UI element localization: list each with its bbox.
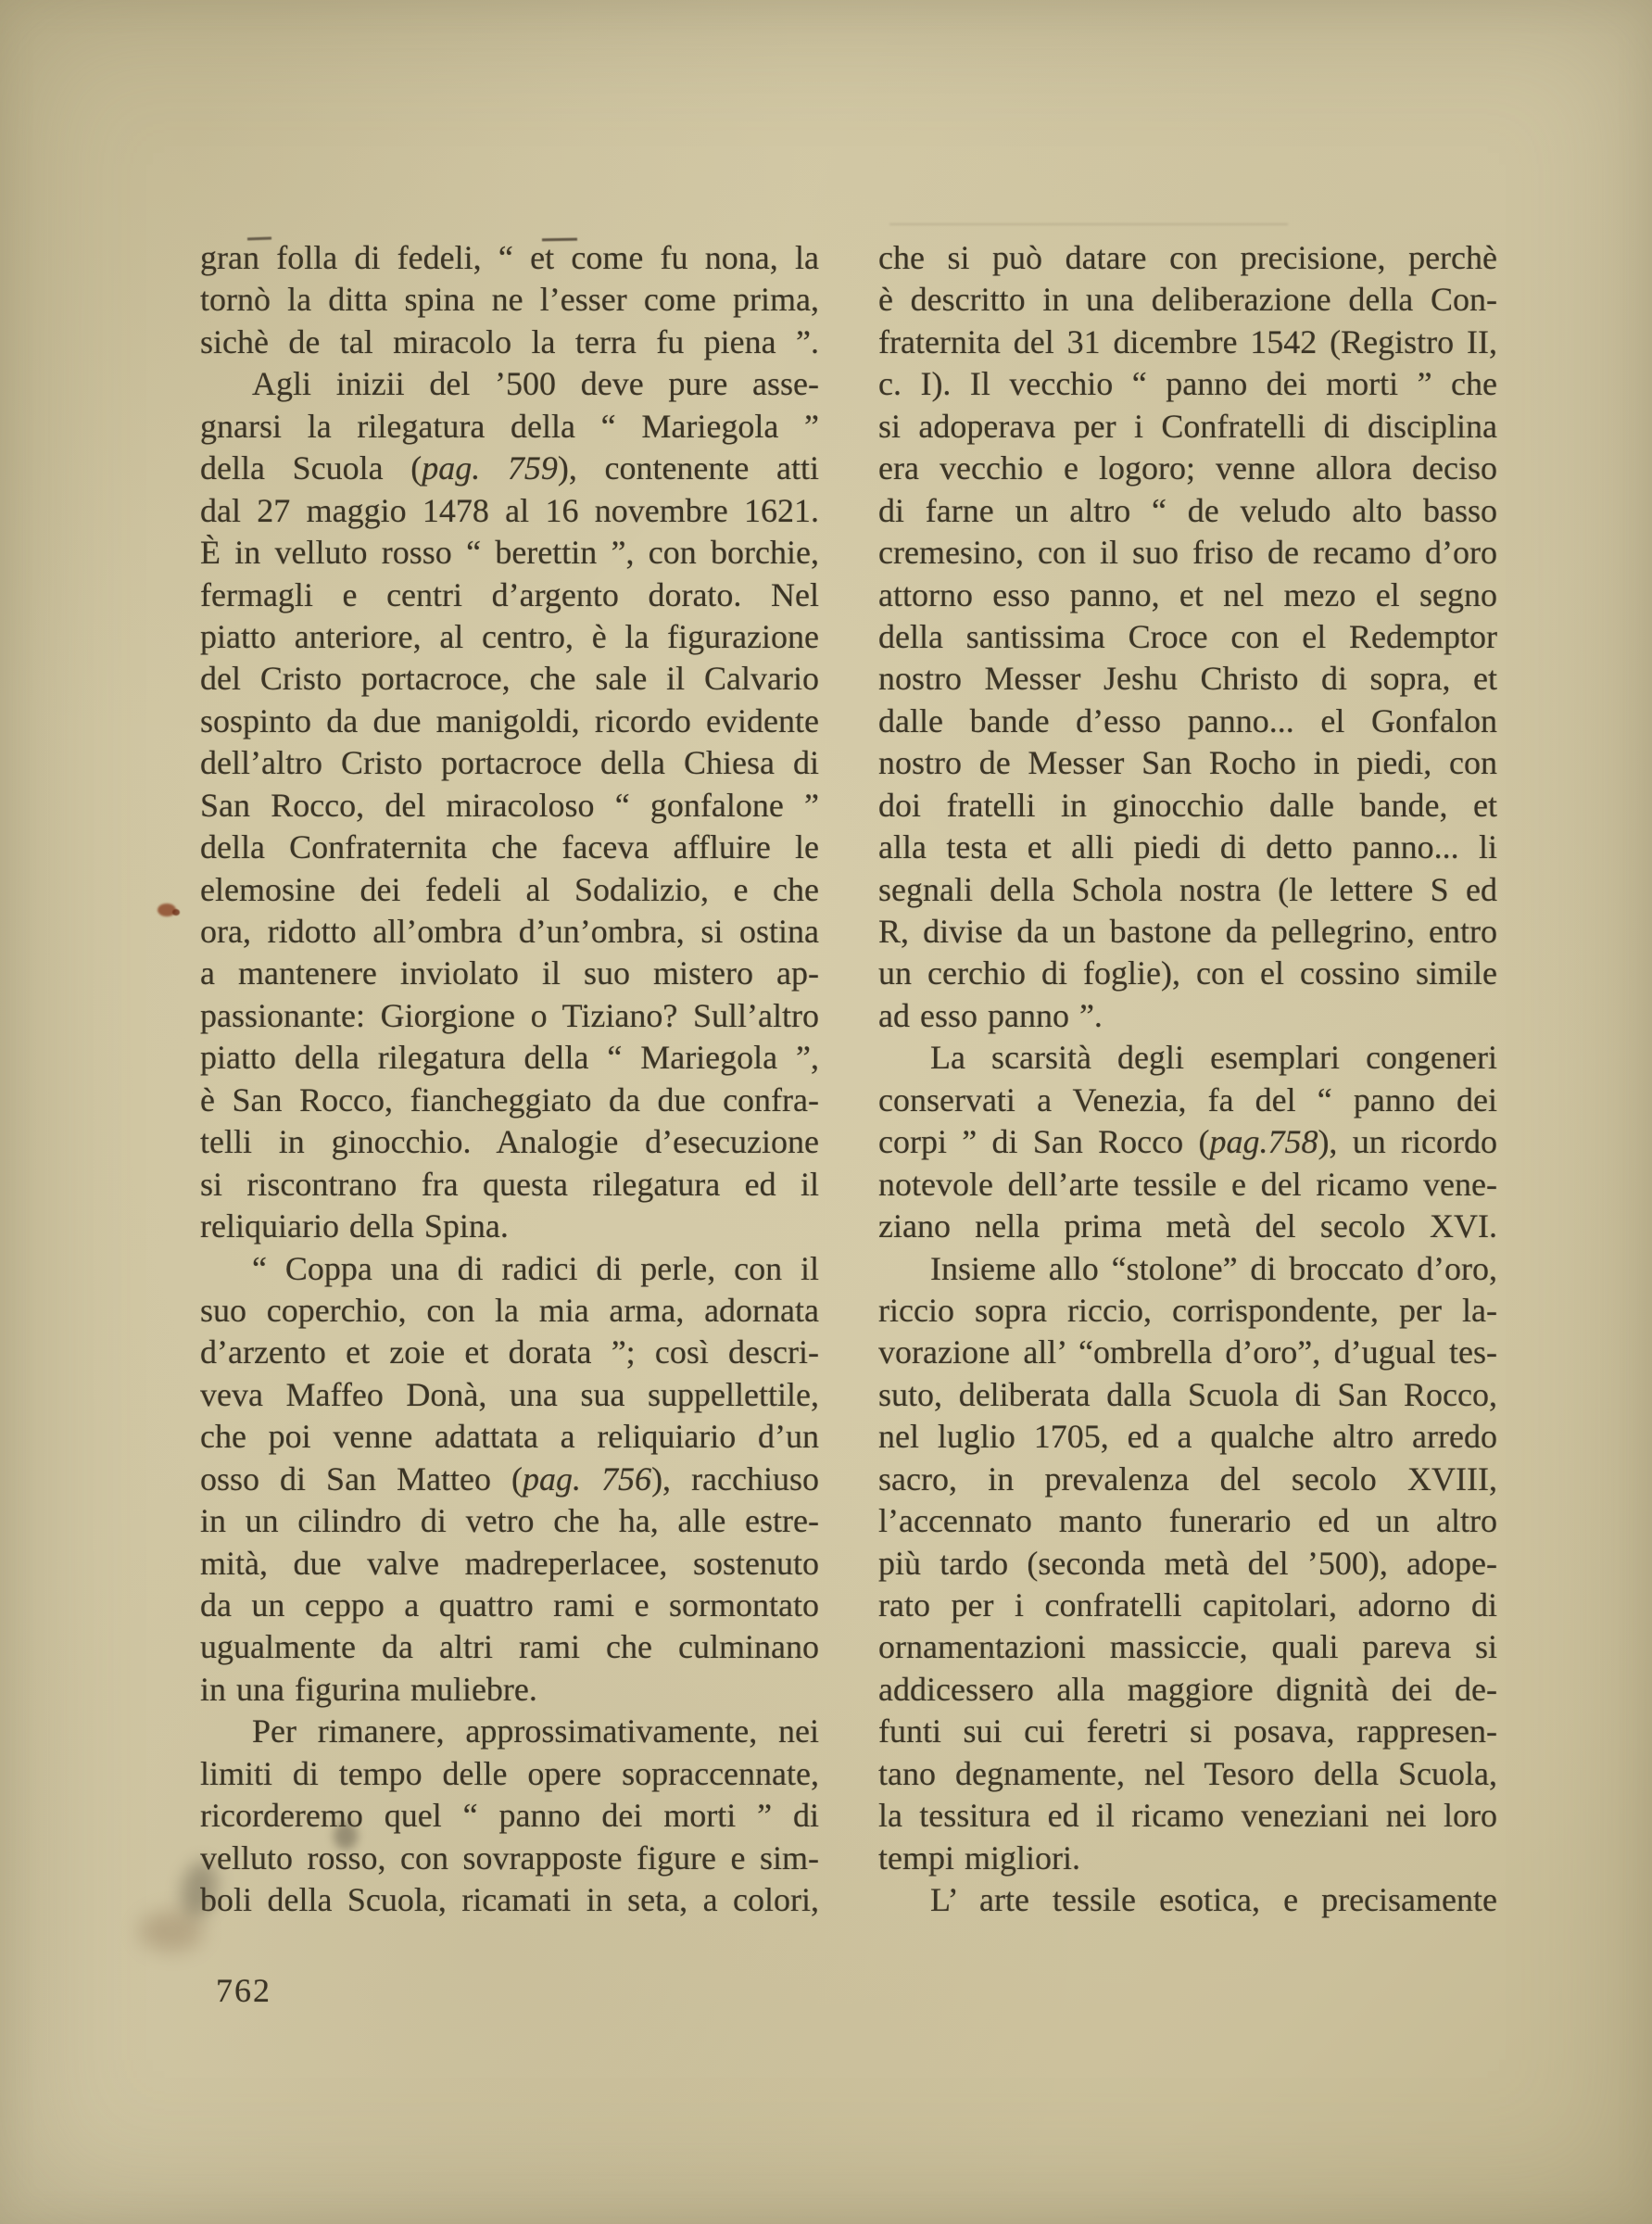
right-text-column: che si può datare con precisione, perchè… <box>878 237 1497 1922</box>
text-line: passionante: Giorgione o Tiziano? Sull’a… <box>200 995 819 1037</box>
text-line: ziano nella prima metà del secolo XVI. <box>878 1206 1497 1247</box>
text-line: della Scuola (pag. 759), contenente atti <box>200 448 819 489</box>
text-line: fraternita del 31 dicembre 1542 (Registr… <box>878 322 1497 363</box>
text-line: da un ceppo a quattro rami e sormontato <box>200 1585 819 1626</box>
text-line: della Confraternita che faceva affluire … <box>200 827 819 868</box>
text-line: riccio sopra riccio, corrispondente, per… <box>878 1290 1497 1332</box>
text-line: velluto rosso, con sovrapposte figure e … <box>200 1838 819 1879</box>
text-line: Insieme allo “stolone” di broccato d’oro… <box>878 1248 1497 1290</box>
text-line: è San Rocco, fiancheggiato da due confra… <box>200 1080 819 1121</box>
text-line: c. I). Il vecchio “ panno dei morti ” ch… <box>878 363 1497 405</box>
text-line: mità, due valve madreperlacee, sostenuto <box>200 1543 819 1585</box>
text-line: fermagli e centri d’argento dorato. Nel <box>200 575 819 616</box>
text-line: in una figurina muliebre. <box>200 1669 819 1711</box>
text-line: San Rocco, del miracoloso “ gonfalone ” <box>200 785 819 827</box>
text-line: che si può datare con precisione, perchè <box>878 237 1497 279</box>
text-line: telli in ginocchio. Analogie d’esecuzion… <box>200 1121 819 1163</box>
text-line: si adoperava per i Confratelli di discip… <box>878 406 1497 448</box>
text-line: piatto anteriore, al centro, è la figura… <box>200 616 819 658</box>
text-line: suo coperchio, con la mia arma, adornata <box>200 1290 819 1332</box>
text-line: la tessitura ed il ricamo veneziani nei … <box>878 1795 1497 1837</box>
text-line: Agli inizii del ’500 deve pure asse- <box>200 363 819 405</box>
text-line: più tardo (seconda metà del ’500), adope… <box>878 1543 1497 1585</box>
text-line: nostro Messer Jeshu Christo di sopra, et <box>878 658 1497 700</box>
text-line: attorno esso panno, et nel mezo el segno <box>878 575 1497 616</box>
text-line: suto, deliberata dalla Scuola di San Roc… <box>878 1374 1497 1416</box>
text-line: l’accennato manto funerario ed un altro <box>878 1500 1497 1542</box>
text-line: osso di San Matteo (pag. 756), racchiuso <box>200 1459 819 1500</box>
text-line: in un cilindro di vetro che ha, alle est… <box>200 1500 819 1542</box>
page-number: 762 <box>216 1970 271 2012</box>
text-line: boli della Scuola, ricamati in seta, a c… <box>200 1879 819 1921</box>
text-line: reliquiario della Spina. <box>200 1206 819 1247</box>
text-line: L’ arte tessile esotica, e precisamente <box>878 1879 1497 1921</box>
text-line: rato per i confratelli capitolari, adorn… <box>878 1585 1497 1626</box>
text-line: dell’altro Cristo portacroce della Chies… <box>200 742 819 784</box>
text-line: sacro, in prevalenza del secolo XVIII, <box>878 1459 1497 1500</box>
text-line: “ Coppa una di radici di perle, con il <box>200 1248 819 1290</box>
text-line: vorazione all’ “ombrella d’oro”, d’ugual… <box>878 1332 1497 1373</box>
text-line: sospinto da due manigoldi, ricordo evide… <box>200 701 819 742</box>
text-line: È in velluto rosso “ berettin ”, con bor… <box>200 532 819 574</box>
text-line: gnarsi la rilegatura della “ Mariegola ” <box>200 406 819 448</box>
text-line: d’arzento et zoie et dorata ”; così desc… <box>200 1332 819 1373</box>
text-line: notevole dell’arte tessile e del ricamo … <box>878 1164 1497 1206</box>
ink-spot <box>172 909 180 916</box>
text-line: doi fratelli in ginocchio dalle bande, e… <box>878 785 1497 827</box>
text-line: Per rimanere, approssimativamente, nei <box>200 1711 819 1752</box>
text-line: ricorderemo quel “ panno dei morti ” di <box>200 1795 819 1837</box>
text-line: tempi migliori. <box>878 1838 1497 1879</box>
text-line: si riscontrano fra questa rilegatura ed … <box>200 1164 819 1206</box>
scan-artifact-line <box>889 223 1288 225</box>
text-line: ugualmente da altri rami che culminano <box>200 1626 819 1668</box>
text-line: R, divise da un bastone da pellegrino, e… <box>878 911 1497 953</box>
ink-spot <box>158 903 176 916</box>
text-line: segnali della Schola nostra (le lettere … <box>878 869 1497 911</box>
text-line: cremesino, con il suo friso de recamo d’… <box>878 532 1497 574</box>
text-line: che poi venne adattata a reliquiario d’u… <box>200 1416 819 1458</box>
text-line: corpi ” di San Rocco (pag.758), un ricor… <box>878 1121 1497 1163</box>
text-line: sichè de tal miracolo la terra fu piena … <box>200 322 819 363</box>
scanned-book-page: gran folla di fedeli, “ et come fu nona,… <box>0 0 1652 2224</box>
text-line: dalle bande d’esso panno... el Gonfalon <box>878 701 1497 742</box>
text-line: è descritto in una deliberazione della C… <box>878 279 1497 321</box>
text-line: conservati a Venezia, fa del “ panno dei <box>878 1080 1497 1121</box>
text-line: tornò la ditta spina ne l’esser come pri… <box>200 279 819 321</box>
smudge <box>139 1911 204 1952</box>
text-line: limiti di tempo delle opere sopraccennat… <box>200 1753 819 1795</box>
left-text-column: gran folla di fedeli, “ et come fu nona,… <box>200 237 819 1922</box>
text-line: dal 27 maggio 1478 al 16 novembre 1621. <box>200 490 819 532</box>
text-line: della santissima Croce con el Redemptor <box>878 616 1497 658</box>
text-line: nel luglio 1705, ed a qualche altro arre… <box>878 1416 1497 1458</box>
text-line: un cerchio di foglie), con el cossino si… <box>878 953 1497 994</box>
text-line: era vecchio e logoro; venne allora decis… <box>878 448 1497 489</box>
text-line: piatto della rilegatura della “ Mariegol… <box>200 1037 819 1079</box>
text-line: di farne un altro “ de veludo alto basso <box>878 490 1497 532</box>
text-line: La scarsità degli esemplari congeneri <box>878 1037 1497 1079</box>
text-line: ad esso panno ”. <box>878 995 1497 1037</box>
text-line: del Cristo portacroce, che sale il Calva… <box>200 658 819 700</box>
text-line: ornamentazioni massiccie, quali pareva s… <box>878 1626 1497 1668</box>
text-line: funti sui cui feretri si posava, rappres… <box>878 1711 1497 1752</box>
text-line: alla testa et alli piedi di detto panno.… <box>878 827 1497 868</box>
text-line: ora, ridotto all’ombra d’un’ombra, si os… <box>200 911 819 953</box>
text-line: elemosine dei fedeli al Sodalizio, e che <box>200 869 819 911</box>
text-line: gran folla di fedeli, “ et come fu nona,… <box>200 237 819 279</box>
text-line: tano degnamente, nel Tesoro della Scuola… <box>878 1753 1497 1795</box>
text-line: veva Maffeo Donà, una sua suppellettile, <box>200 1374 819 1416</box>
text-line: addicessero alla maggiore dignità dei de… <box>878 1669 1497 1711</box>
text-line: nostro de Messer San Rocho in piedi, con <box>878 742 1497 784</box>
text-line: a mantenere inviolato il suo mistero ap- <box>200 953 819 994</box>
